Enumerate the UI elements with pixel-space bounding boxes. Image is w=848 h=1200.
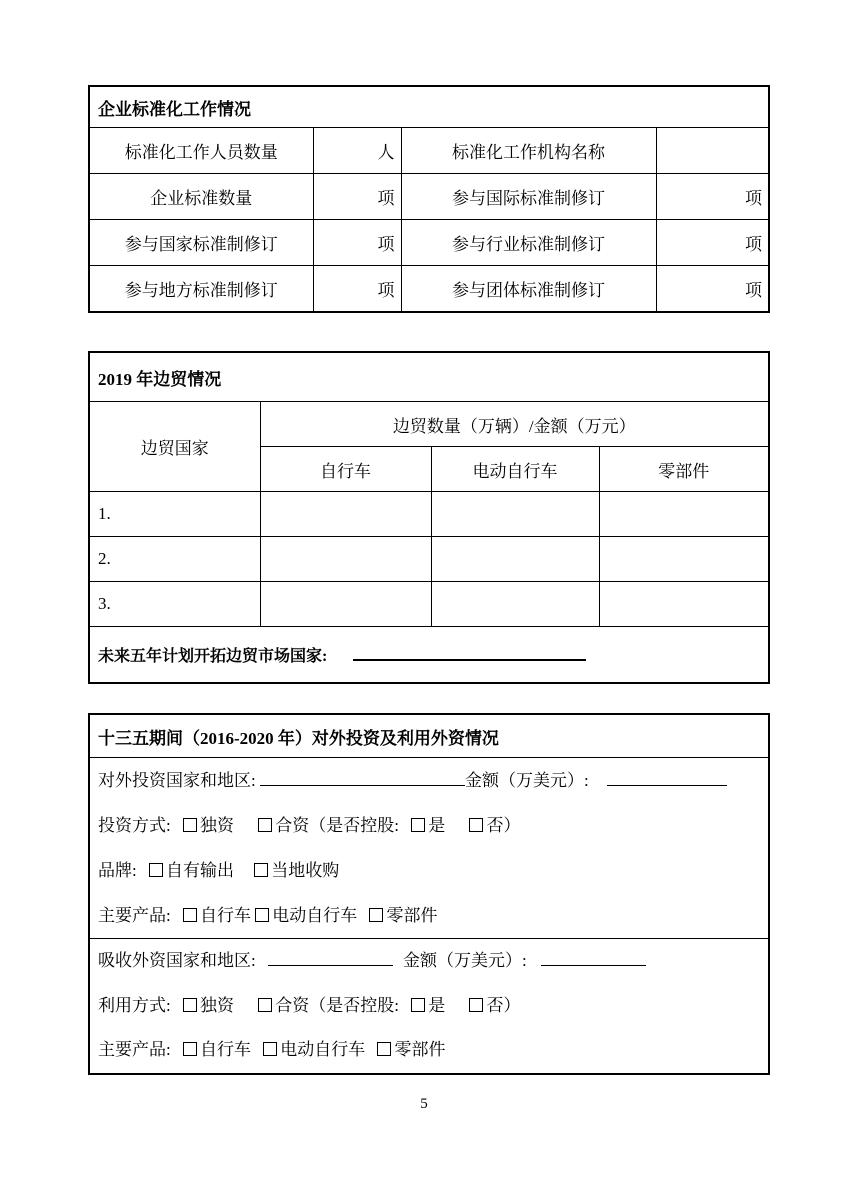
option-bicycle-label: 自行车 — [200, 906, 251, 925]
checkbox-parts-outbound[interactable] — [369, 908, 383, 922]
checkbox-utilization-yes[interactable] — [411, 998, 425, 1012]
standardization-table: 企业标准化工作情况 标准化工作人员数量 人 标准化工作机构名称 企业标准数量 项… — [88, 85, 770, 313]
std-input-enterprise-standards[interactable]: 项 — [313, 174, 401, 220]
trade-row3-bicycle-cell[interactable] — [260, 582, 431, 627]
outbound-countries-blank[interactable] — [260, 770, 465, 786]
trade-row3-ebike-cell[interactable] — [431, 582, 599, 627]
checkbox-joint-utilization[interactable] — [258, 998, 272, 1012]
std-label-industry-standards: 参与行业标准制修订 — [401, 220, 656, 266]
trade-row1-bicycle-cell[interactable] — [260, 492, 431, 537]
trade-row1-ebike-cell[interactable] — [431, 492, 599, 537]
trade-row1-country-cell[interactable]: 1. — [89, 492, 260, 537]
header-trade-country: 边贸国家 — [89, 402, 260, 492]
std-input-national-standards[interactable]: 项 — [313, 220, 401, 266]
outbound-countries-line: 对外投资国家和地区: 金额（万美元）: — [90, 758, 768, 803]
inbound-amount-blank[interactable] — [541, 950, 646, 966]
option-yes-label: 是 — [428, 816, 445, 835]
std-input-staff-count[interactable]: 人 — [313, 128, 401, 174]
option-ebike-inbound-label: 电动自行车 — [280, 1040, 365, 1059]
page-number: 5 — [0, 1096, 848, 1113]
outbound-method-label: 投资方式: — [98, 816, 171, 835]
checkbox-sole-utilization[interactable] — [183, 998, 197, 1012]
outbound-products-line: 主要产品: 自行车 电动自行车 零部件 — [90, 893, 768, 938]
inbound-investment-section: 吸收外资国家和地区: 金额（万美元）: 利用方式: 独资 合资（是否控股: 是 … — [89, 939, 769, 1075]
checkbox-ebike-inbound[interactable] — [263, 1042, 277, 1056]
header-ebike: 电动自行车 — [431, 447, 599, 492]
inbound-amount-label: 金额（万美元）: — [403, 951, 527, 970]
checkbox-local-acquisition[interactable] — [254, 863, 268, 877]
std-label-national-standards: 参与国家标准制修订 — [89, 220, 313, 266]
checkbox-parts-inbound[interactable] — [377, 1042, 391, 1056]
option-joint-venture-label: 合资（是否控股: — [275, 816, 399, 835]
std-label-enterprise-standards: 企业标准数量 — [89, 174, 313, 220]
option-sole-investment-label: 独资 — [200, 816, 234, 835]
std-input-group-standards[interactable]: 项 — [656, 266, 769, 312]
brand-line: 品牌: 自有输出 当地收购 — [90, 848, 768, 893]
std-input-industry-standards[interactable]: 项 — [656, 220, 769, 266]
option-joint-utilization-label: 合资（是否控股: — [275, 996, 399, 1015]
trade-row2-country-cell[interactable]: 2. — [89, 537, 260, 582]
outbound-amount-blank[interactable] — [607, 770, 727, 786]
checkbox-utilization-no[interactable] — [469, 998, 483, 1012]
brand-label: 品牌: — [98, 861, 137, 880]
inbound-countries-label: 吸收外资国家和地区: — [98, 951, 256, 970]
checkbox-bicycle-outbound[interactable] — [183, 908, 197, 922]
option-no-label: 否） — [486, 816, 520, 835]
checkbox-joint-venture[interactable] — [258, 818, 272, 832]
option-utilization-yes-label: 是 — [428, 996, 445, 1015]
std-label-staff-count: 标准化工作人员数量 — [89, 128, 313, 174]
document-page: 企业标准化工作情况 标准化工作人员数量 人 标准化工作机构名称 企业标准数量 项… — [0, 0, 848, 1200]
header-parts: 零部件 — [599, 447, 769, 492]
std-label-local-standards: 参与地方标准制修订 — [89, 266, 313, 312]
future-markets-label: 未来五年计划开拓边贸市场国家: — [98, 648, 327, 665]
std-input-org-name[interactable] — [656, 128, 769, 174]
inbound-countries-blank[interactable] — [268, 950, 393, 966]
future-markets-blank[interactable] — [353, 645, 586, 661]
border-trade-table: 2019 年边贸情况 边贸国家 边贸数量（万辆）/金额（万元） 自行车 电动自行… — [88, 351, 770, 684]
option-parts-label: 零部件 — [386, 906, 437, 925]
border-trade-title: 2019 年边贸情况 — [89, 352, 769, 402]
std-label-org-name: 标准化工作机构名称 — [401, 128, 656, 174]
trade-row3-country-cell[interactable]: 3. — [89, 582, 260, 627]
trade-row2-ebike-cell[interactable] — [431, 537, 599, 582]
header-trade-quantity: 边贸数量（万辆）/金额（万元） — [260, 402, 769, 447]
checkbox-controlling-no[interactable] — [469, 818, 483, 832]
option-local-acquisition-label: 当地收购 — [271, 861, 339, 880]
option-utilization-no-label: 否） — [486, 996, 520, 1015]
option-sole-utilization-label: 独资 — [200, 996, 234, 1015]
std-label-international-standards: 参与国际标准制修订 — [401, 174, 656, 220]
outbound-countries-label: 对外投资国家和地区: — [98, 771, 256, 790]
inbound-method-label: 利用方式: — [98, 996, 171, 1015]
checkbox-sole-investment[interactable] — [183, 818, 197, 832]
checkbox-controlling-yes[interactable] — [411, 818, 425, 832]
trade-row2-bicycle-cell[interactable] — [260, 537, 431, 582]
future-markets-row: 未来五年计划开拓边贸市场国家: — [89, 627, 769, 684]
inbound-countries-line: 吸收外资国家和地区: 金额（万美元）: — [90, 939, 768, 984]
standardization-title: 企业标准化工作情况 — [89, 86, 769, 128]
inbound-products-line: 主要产品: 自行车 电动自行车 零部件 — [90, 1028, 768, 1073]
inbound-method-line: 利用方式: 独资 合资（是否控股: 是 否） — [90, 984, 768, 1029]
outbound-method-line: 投资方式: 独资 合资（是否控股: 是 否） — [90, 803, 768, 848]
investment-table: 十三五期间（2016-2020 年）对外投资及利用外资情况 对外投资国家和地区:… — [88, 713, 770, 1075]
outbound-investment-section: 对外投资国家和地区: 金额（万美元）: 投资方式: 独资 合资（是否控股: 是 … — [89, 758, 769, 939]
checkbox-bicycle-inbound[interactable] — [183, 1042, 197, 1056]
checkbox-ebike-outbound[interactable] — [255, 908, 269, 922]
std-input-international-standards[interactable]: 项 — [656, 174, 769, 220]
trade-row3-parts-cell[interactable] — [599, 582, 769, 627]
trade-row1-parts-cell[interactable] — [599, 492, 769, 537]
trade-row2-parts-cell[interactable] — [599, 537, 769, 582]
header-bicycle: 自行车 — [260, 447, 431, 492]
checkbox-own-brand-export[interactable] — [149, 863, 163, 877]
option-parts-inbound-label: 零部件 — [394, 1040, 445, 1059]
inbound-products-label: 主要产品: — [98, 1040, 171, 1059]
std-label-group-standards: 参与团体标准制修订 — [401, 266, 656, 312]
option-own-brand-label: 自有输出 — [166, 861, 234, 880]
outbound-amount-label: 金额（万美元）: — [465, 771, 589, 790]
option-bicycle-inbound-label: 自行车 — [200, 1040, 251, 1059]
investment-title: 十三五期间（2016-2020 年）对外投资及利用外资情况 — [89, 714, 769, 758]
option-ebike-label: 电动自行车 — [272, 906, 357, 925]
outbound-products-label: 主要产品: — [98, 906, 171, 925]
std-input-local-standards[interactable]: 项 — [313, 266, 401, 312]
